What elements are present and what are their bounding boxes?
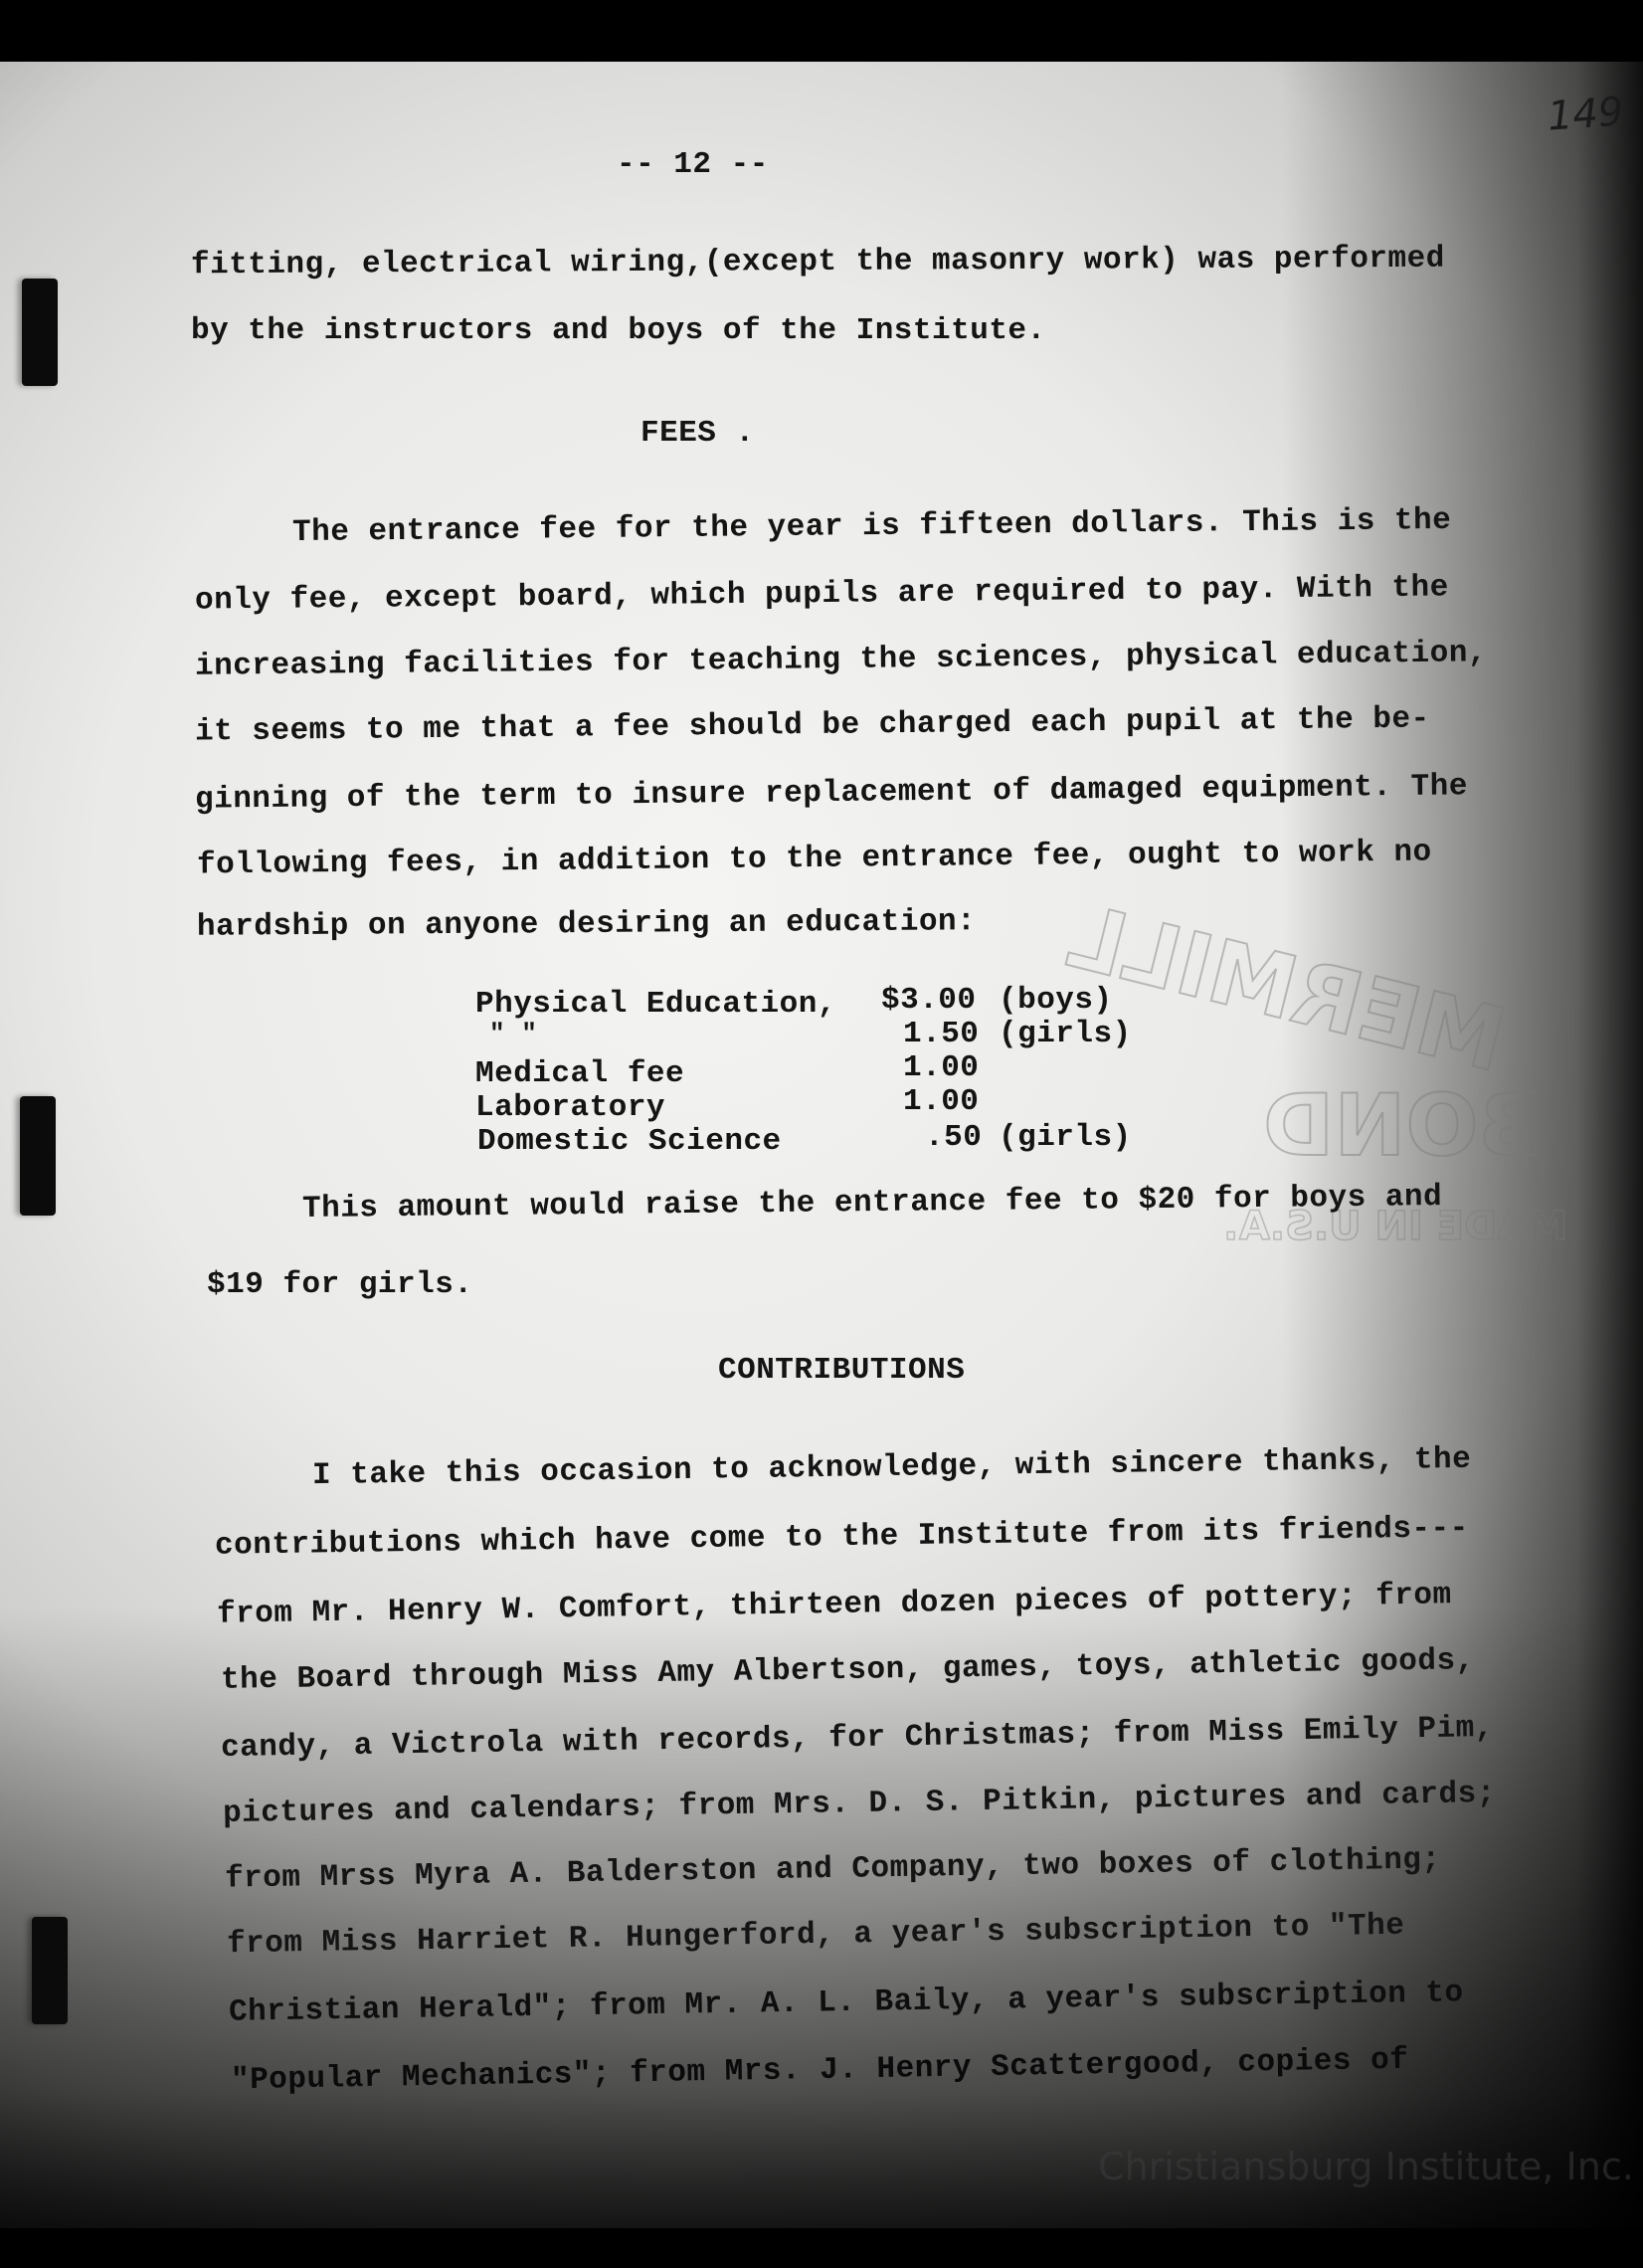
fee-row-domestic-science-label: Domestic Science — [477, 1124, 782, 1159]
scanned-page: 149 -- 12 -- MERMILL BOND MADE IN U.S.A.… — [0, 62, 1643, 2268]
fees-paragraph-line-6: following fees, in addition to the entra… — [197, 835, 1432, 882]
contributions-line-4: the Board through Miss Amy Albertson, ga… — [221, 1643, 1475, 1698]
contributions-line-6: pictures and calendars; from Mrs. D. S. … — [223, 1777, 1496, 1831]
contributions-line-5: candy, a Victrola with records, for Chri… — [221, 1711, 1494, 1766]
fees-paragraph-line-2: only fee, except board, which pupils are… — [195, 570, 1449, 618]
fees-paragraph-line-1: The entrance fee for the year is fifteen… — [292, 503, 1452, 550]
contributions-line-8: from Miss Harriet R. Hungerford, a year'… — [227, 1909, 1405, 1963]
contributions-line-7: from Mrss Myra A. Balderston and Company… — [225, 1842, 1441, 1896]
fee-row-medical-label: Medical fee — [475, 1056, 684, 1091]
fee-row-domestic-science-note: (girls) — [999, 1120, 1132, 1155]
fee-row-physical-ed-boys-label: Physical Education, — [475, 987, 836, 1022]
margin-mark-bottom — [32, 1917, 68, 2024]
fees-paragraph-line-5: ginning of the term to insure replacemen… — [195, 769, 1468, 817]
fee-row-physical-ed-girls-label: " " — [489, 1019, 537, 1048]
contributions-line-3: from Mr. Henry W. Comfort, thirteen doze… — [217, 1578, 1452, 1631]
fee-row-domestic-science-amount: .50 — [925, 1120, 982, 1155]
contributions-line-2: contributions which have come to the Ins… — [215, 1511, 1469, 1564]
paper-emboss-line1: MERMILL — [1058, 884, 1516, 1091]
fee-row-physical-ed-boys-amount: $3.00 — [881, 983, 977, 1018]
fees-paragraph-line-3: increasing facilities for teaching the s… — [195, 636, 1487, 684]
continuation-line-1: fitting, electrical wiring,(except the m… — [191, 242, 1445, 283]
contributions-line-9: Christian Herald"; from Mr. A. L. Baily,… — [229, 1976, 1464, 2029]
fee-row-laboratory-label: Laboratory — [475, 1090, 665, 1125]
fees-summary-line-2: $19 for girls. — [207, 1267, 472, 1302]
contributions-line-10: "Popular Mechanics"; from Mrs. J. Henry … — [231, 2043, 1409, 2099]
archive-watermark: Christiansburg Institute, Inc. — [1098, 2145, 1634, 2188]
contributions-line-1: I take this occasion to acknowledge, wit… — [312, 1442, 1472, 1493]
fee-row-physical-ed-girls-amount: 1.50 — [903, 1017, 979, 1051]
margin-mark-middle — [20, 1096, 56, 1216]
paper-emboss-line2: BOND — [1263, 1076, 1544, 1176]
fee-row-laboratory-amount: 1.00 — [903, 1084, 979, 1119]
section-heading-contributions: CONTRIBUTIONS — [718, 1353, 965, 1388]
page-number: -- 12 -- — [617, 147, 769, 182]
continuation-line-2: by the instructors and boys of the Insti… — [191, 313, 1046, 348]
margin-mark-top — [22, 279, 58, 386]
archive-page-number: 149 — [1546, 89, 1624, 139]
section-heading-fees: FEES . — [640, 416, 755, 451]
fee-row-physical-ed-boys-note: (boys) — [999, 983, 1113, 1018]
fees-paragraph-line-4: it seems to me that a fee should be char… — [195, 701, 1430, 749]
fee-row-medical-amount: 1.00 — [903, 1050, 979, 1085]
fee-row-physical-ed-girls-note: (girls) — [999, 1017, 1132, 1051]
scan-border-bottom — [0, 2228, 1643, 2268]
fees-paragraph-line-7: hardship on anyone desiring an education… — [197, 904, 976, 944]
